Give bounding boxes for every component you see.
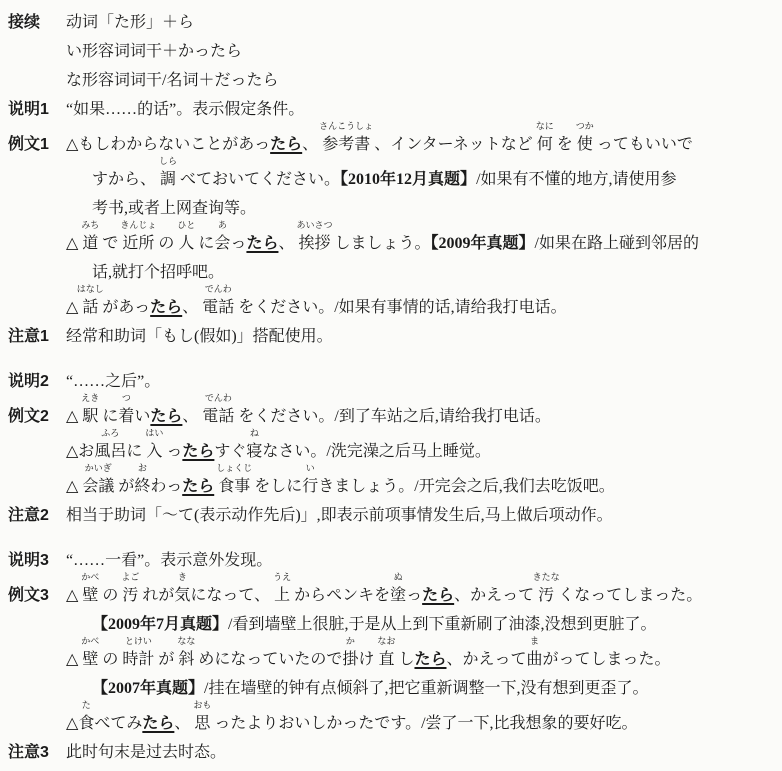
furigana: かべ <box>81 637 99 646</box>
section-content: 相当于助词「～て(表示动作先后)」,即表示前项事情发生后,马上做后项动作。 <box>66 501 774 530</box>
section-content: “……之后”。 <box>66 367 774 396</box>
section-label: 注意3 <box>8 738 66 767</box>
ruby-word: でんわ電話 <box>202 403 234 426</box>
ruby-word: つ着 <box>118 403 134 426</box>
ruby-word: みち道 <box>82 230 98 253</box>
ruby-word: よご汚 <box>122 582 138 605</box>
section-label: 说明1 <box>8 95 66 124</box>
section-row: 例文3△かべ壁のよご汚れがき気になって、うえ上からペンキをぬ塗ったら、かえってき… <box>8 575 774 738</box>
section-content: “……一看”。表示意外发现。 <box>66 546 774 575</box>
furigana: みち <box>81 221 99 230</box>
section-row: 接续动词「た形」＋らい形容词词干＋かったらな形容词词干/名词＋だったら <box>8 8 774 95</box>
furigana: なな <box>177 637 195 646</box>
furigana: きんじょ <box>120 221 156 230</box>
section-label: 说明2 <box>8 367 66 396</box>
ruby-word: おも思 <box>194 710 210 733</box>
section-label: 例文3 <box>8 575 66 610</box>
ruby-word: い行 <box>302 473 318 496</box>
text-line: △もしわからないことがあったら、さんこうしょ参考書、インターネットなどなに何をつ… <box>66 124 774 159</box>
exam-source-tag: 【2009年真题】 <box>431 235 535 252</box>
section-content: 动词「た形」＋らい形容词词干＋かったらな形容词词干/名词＋だったら <box>66 8 774 95</box>
text-line: △えき駅につ着いたら、でんわ電話をください。/到了车站之后,请给我打电话。 <box>66 396 774 431</box>
grammar-sections: 接续动词「た形」＋らい形容词词干＋かったらな形容词词干/名词＋だったら说明1“如… <box>8 8 774 767</box>
section-row: 注意3此时句末是过去时态。 <box>8 738 774 767</box>
section-label: 例文2 <box>8 396 66 431</box>
section-row: 说明2“……之后”。 <box>8 367 774 396</box>
text-line: い形容词词干＋かったら <box>66 37 774 66</box>
ruby-word: た食 <box>78 710 94 733</box>
emphasized-tara: たら <box>414 651 446 668</box>
furigana: おも <box>193 701 211 710</box>
furigana: しら <box>159 157 177 166</box>
section-row: 说明3“……一看”。表示意外发现。 <box>8 546 774 575</box>
furigana: お <box>138 464 147 473</box>
emphasized-tara: たら <box>182 478 214 495</box>
text-line: 经常和助词「もし(假如)」搭配使用。 <box>66 322 774 351</box>
text-line: 【2007年真题】/挂在墙壁的钟有点倾斜了,把它重新调整一下,没有想到更歪了。 <box>66 674 774 703</box>
text-line: 此时句末是过去时态。 <box>66 738 774 767</box>
text-line: 话,就打个招呼吧。 <box>66 258 774 287</box>
text-line: △かべ壁のよご汚れがき気になって、うえ上からペンキをぬ塗ったら、かえってきたな汚… <box>66 575 774 610</box>
section-label: 接续 <box>8 8 66 37</box>
furigana: い <box>306 464 315 473</box>
furigana: でんわ <box>205 285 232 294</box>
ruby-word: かべ壁 <box>82 582 98 605</box>
emphasized-tara: たら <box>142 715 174 732</box>
ruby-word: あいさつ挨拶 <box>298 230 330 253</box>
ruby-word: つか使 <box>577 131 593 154</box>
furigana: ふろ <box>101 429 119 438</box>
ruby-word: でんわ電話 <box>202 294 234 317</box>
furigana: しょくじ <box>216 464 252 473</box>
text-line: 考书,或者上网查询等。 <box>66 194 774 223</box>
ruby-word: えき駅 <box>82 403 98 426</box>
ruby-word: なに何 <box>537 131 553 154</box>
furigana: はなし <box>77 285 104 294</box>
emphasized-tara: たら <box>246 235 278 252</box>
furigana: なに <box>536 122 554 131</box>
ruby-word: ふろ風呂 <box>94 438 126 461</box>
emphasized-tara: たら <box>422 587 454 604</box>
text-line: △かべ壁のとけい時計がなな斜めになっていたのでか掛けなお直したら、かえってま曲が… <box>66 639 774 674</box>
ruby-word: うえ上 <box>274 582 290 605</box>
furigana: ま <box>530 637 539 646</box>
text-line: 相当于助词「～て(表示动作先后)」,即表示前项事情发生后,马上做后项动作。 <box>66 501 774 530</box>
text-line: 动词「た形」＋ら <box>66 8 774 37</box>
furigana: きたな <box>533 573 560 582</box>
emphasized-tara: たら <box>150 299 182 316</box>
section-row: 例文2△えき駅につ着いたら、でんわ電話をください。/到了车站之后,请给我打电话。… <box>8 396 774 501</box>
exam-source-tag: 【2010年12月真题】 <box>340 171 476 188</box>
ruby-word: きたな汚 <box>538 582 554 605</box>
furigana: つか <box>576 122 594 131</box>
ruby-word: ぬ塗 <box>390 582 406 605</box>
ruby-word: ね寝 <box>246 438 262 461</box>
section-label: 注意1 <box>8 322 66 351</box>
ruby-word: かいぎ会議 <box>82 473 114 496</box>
text-line: △おふろ風呂にはい入ったらすぐね寝なさい。/洗完澡之后马上睡觉。 <box>66 431 774 466</box>
textbook-page: 接续动词「た形」＋らい形容词词干＋かったらな形容词词干/名词＋だったら说明1“如… <box>0 0 782 771</box>
ruby-word: かべ壁 <box>82 646 98 669</box>
ruby-word: しょくじ食事 <box>218 473 250 496</box>
furigana: うえ <box>273 573 291 582</box>
text-line: △かいぎ会議がお終わったらしょくじ食事をしにい行きましょう。/开完会之后,我们去… <box>66 466 774 501</box>
section-content: △もしわからないことがあったら、さんこうしょ参考書、インターネットなどなに何をつ… <box>66 124 774 322</box>
furigana: なお <box>377 637 395 646</box>
ruby-word: き気 <box>174 582 190 605</box>
furigana: ぬ <box>394 573 403 582</box>
furigana: か <box>346 637 355 646</box>
text-line: な形容词词干/名词＋だったら <box>66 66 774 95</box>
text-line: △みち道できんじょ近所のひと人にあ会ったら、あいさつ挨拶しましょう。【2009年… <box>66 223 774 258</box>
furigana: よご <box>121 573 139 582</box>
section-content: 经常和助词「もし(假如)」搭配使用。 <box>66 322 774 351</box>
ruby-word: しら調 <box>160 166 176 189</box>
text-line: “如果……的话”。表示假定条件。 <box>66 95 774 124</box>
section-row: 说明1“如果……的话”。表示假定条件。 <box>8 95 774 124</box>
text-line: すから、しら調べておいてください。【2010年12月真题】/如果有不懂的地方,请… <box>66 159 774 194</box>
ruby-word: ま曲 <box>527 646 543 669</box>
furigana: でんわ <box>205 394 232 403</box>
section-content: 此时句末是过去时态。 <box>66 738 774 767</box>
section-content: △えき駅につ着いたら、でんわ電話をください。/到了车站之后,请给我打电话。△おふ… <box>66 396 774 501</box>
emphasized-tara: たら <box>182 443 214 460</box>
exam-source-tag: 【2007年真题】 <box>92 680 204 697</box>
ruby-word: さんこうしょ参考書 <box>322 131 370 154</box>
section-content: △かべ壁のよご汚れがき気になって、うえ上からペンキをぬ塗ったら、かえってきたな汚… <box>66 575 774 738</box>
ruby-word: なな斜 <box>178 646 194 669</box>
ruby-word: お終 <box>134 473 150 496</box>
ruby-word: ひと人 <box>178 230 194 253</box>
emphasized-tara: たら <box>270 136 302 153</box>
emphasized-tara: たら <box>150 408 182 425</box>
text-line: “……之后”。 <box>66 367 774 396</box>
furigana: ひと <box>177 221 195 230</box>
furigana: かいぎ <box>85 464 112 473</box>
section-content: “如果……的话”。表示假定条件。 <box>66 95 774 124</box>
furigana: き <box>178 573 187 582</box>
furigana: はい <box>145 429 163 438</box>
ruby-word: か掛 <box>342 646 358 669</box>
furigana: あいさつ <box>296 221 332 230</box>
text-line: “……一看”。表示意外发现。 <box>66 546 774 575</box>
ruby-word: はなし話 <box>82 294 98 317</box>
furigana: ね <box>250 429 259 438</box>
section-label: 注意2 <box>8 501 66 530</box>
ruby-word: はい入 <box>146 438 162 461</box>
ruby-word: なお直 <box>378 646 394 669</box>
furigana: あ <box>218 221 227 230</box>
furigana: た <box>82 701 91 710</box>
furigana: つ <box>122 394 131 403</box>
text-line: 【2009年7月真题】/看到墙壁上很脏,于是从上到下重新刷了油漆,没想到更脏了。 <box>66 610 774 639</box>
ruby-word: あ会 <box>214 230 230 253</box>
text-line: △はなし話があったら、でんわ電話をください。/如果有事情的话,请给我打电话。 <box>66 287 774 322</box>
section-row: 注意2相当于助词「～て(表示动作先后)」,即表示前项事情发生后,马上做后项动作。 <box>8 501 774 530</box>
furigana: さんこうしょ <box>319 122 373 131</box>
furigana: えき <box>81 394 99 403</box>
section-label: 说明3 <box>8 546 66 575</box>
section-row: 例文1△もしわからないことがあったら、さんこうしょ参考書、インターネットなどなに… <box>8 124 774 322</box>
text-line: △た食べてみたら、おも思ったよりおいしかったです。/尝了一下,比我想象的要好吃。 <box>66 703 774 738</box>
ruby-word: きんじょ近所 <box>122 230 154 253</box>
section-row: 注意1经常和助词「もし(假如)」搭配使用。 <box>8 322 774 351</box>
ruby-word: とけい時計 <box>122 646 154 669</box>
furigana: とけい <box>125 637 152 646</box>
section-label: 例文1 <box>8 124 66 159</box>
exam-source-tag: 【2009年7月真题】 <box>92 616 228 633</box>
furigana: かべ <box>81 573 99 582</box>
